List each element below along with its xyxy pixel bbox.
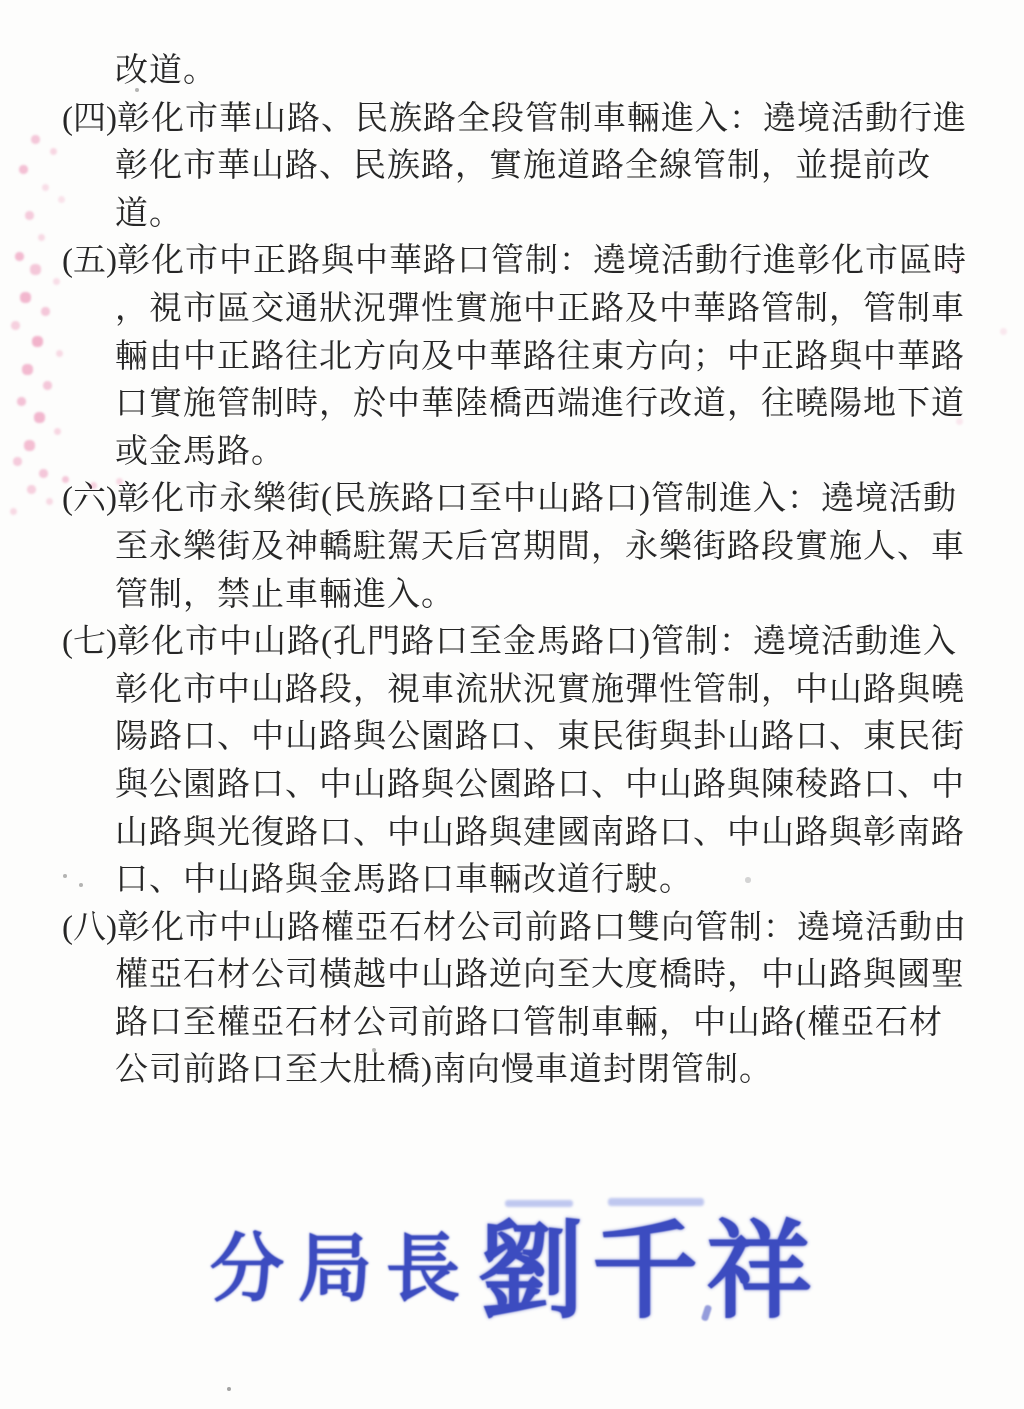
scanned-document-page: 改道。 (四)彰化市華山路、民族路全段管制車輛進入：遶境活動行進 彰化市華山路、… — [0, 0, 1024, 1409]
line-text: 與公園路口、中山路與公園路口、中山路與陳稜路口、中 — [115, 767, 965, 803]
line-text: 至永樂街及神轎駐駕天后宮期間，永樂街路段實施人、車 — [115, 529, 965, 565]
line-text: 彰化市永樂街(民族路口至中山路口)管制進入：遶境活動 — [117, 481, 957, 517]
text-line: 路口至權亞石材公司前路口管制車輛，中山路(權亞石材 — [0, 1000, 1006, 1048]
text-line: 公司前路口至大肚橋)南向慢車道封閉管制。 — [0, 1047, 1006, 1095]
line-text: 或金馬路。 — [115, 434, 285, 470]
list-item-5: (五)彰化市中正路與中華路口管制：遶境活動行進彰化市區時 — [0, 238, 1006, 286]
line-text: 輛由中正路往北方向及中華路往東方向；中正路與中華路 — [115, 339, 965, 375]
item-marker: (八) — [62, 910, 117, 946]
list-item-6: (六)彰化市永樂街(民族路口至中山路口)管制進入：遶境活動 — [0, 476, 1006, 524]
signature-name: 劉千祥 — [478, 1187, 820, 1339]
line-text: 口實施管制時，於中華陸橋西端進行改道，往曉陽地下道 — [115, 386, 965, 422]
document-body: 改道。 (四)彰化市華山路、民族路全段管制車輛進入：遶境活動行進 彰化市華山路、… — [0, 48, 1006, 1095]
signature-stamp: 分局長 劉千祥 — [210, 1192, 830, 1334]
item-marker: (五) — [62, 243, 117, 279]
signature-title: 分局長 — [210, 1210, 474, 1316]
item-marker: (七) — [62, 624, 117, 660]
list-item-4: (四)彰化市華山路、民族路全段管制車輛進入：遶境活動行進 — [0, 96, 1006, 144]
line-text: 彰化市華山路、民族路全段管制車輛進入：遶境活動行進 — [117, 101, 967, 137]
list-item-7: (七)彰化市中山路(孔門路口至金馬路口)管制：遶境活動進入 — [0, 619, 1006, 667]
line-text: 彰化市中正路與中華路口管制：遶境活動行進彰化市區時 — [117, 243, 967, 279]
line-text: 彰化市華山路、民族路，實施道路全線管制，並提前改 — [115, 148, 931, 184]
item-marker: (四) — [62, 101, 117, 137]
text-line: 至永樂街及神轎駐駕天后宮期間，永樂街路段實施人、車 — [0, 524, 1006, 572]
list-item-8: (八)彰化市中山路權亞石材公司前路口雙向管制：遶境活動由 — [0, 905, 1006, 953]
text-line: 道。 — [0, 191, 1006, 239]
line-text: 彰化市中山路權亞石材公司前路口雙向管制：遶境活動由 — [117, 910, 967, 946]
text-line: 陽路口、中山路與公園路口、東民街與卦山路口、東民街 — [0, 714, 1006, 762]
signature-ink-smudge — [608, 1198, 704, 1206]
text-line: 管制，禁止車輛進入。 — [0, 572, 1006, 620]
text-line: 輛由中正路往北方向及中華路往東方向；中正路與中華路 — [0, 334, 1006, 382]
signature-ink-smudge — [505, 1200, 573, 1207]
line-text: 公司前路口至大肚橋)南向慢車道封閉管制。 — [115, 1052, 773, 1088]
line-text: 彰化市中山路(孔門路口至金馬路口)管制：遶境活動進入 — [117, 624, 957, 660]
line-text: 路口至權亞石材公司前路口管制車輛，中山路(權亞石材 — [115, 1005, 943, 1041]
line-text: 口、中山路與金馬路口車輛改道行駛。 — [115, 862, 693, 898]
line-text: 管制，禁止車輛進入。 — [115, 577, 455, 613]
line-text: 改道。 — [115, 53, 217, 89]
text-line: 權亞石材公司橫越中山路逆向至大度橋時，中山路與國聖 — [0, 952, 1006, 1000]
line-text: 權亞石材公司橫越中山路逆向至大度橋時，中山路與國聖 — [115, 957, 965, 993]
text-line: ，視市區交通狀況彈性實施中正路及中華路管制，管制車 — [0, 286, 1006, 334]
line-text: ，視市區交通狀況彈性實施中正路及中華路管制，管制車 — [115, 291, 965, 327]
text-line: 口、中山路與金馬路口車輛改道行駛。 — [0, 857, 1006, 905]
line-text: 陽路口、中山路與公園路口、東民街與卦山路口、東民街 — [115, 719, 965, 755]
line-text: 山路與光復路口、中山路與建國南路口、中山路與彰南路 — [115, 815, 965, 851]
scan-noise-specks — [0, 0, 2, 2]
item-marker: (六) — [62, 481, 117, 517]
text-line: 彰化市華山路、民族路，實施道路全線管制，並提前改 — [0, 143, 1006, 191]
line-text: 彰化市中山路段，視車流狀況實施彈性管制，中山路與曉 — [115, 672, 965, 708]
text-line: 與公園路口、中山路與公園路口、中山路與陳稜路口、中 — [0, 762, 1006, 810]
text-line: 山路與光復路口、中山路與建國南路口、中山路與彰南路 — [0, 810, 1006, 858]
text-line: 改道。 — [0, 48, 1006, 96]
text-line: 口實施管制時，於中華陸橋西端進行改道，往曉陽地下道 — [0, 381, 1006, 429]
text-line: 或金馬路。 — [0, 429, 1006, 477]
text-line: 彰化市中山路段，視車流狀況實施彈性管制，中山路與曉 — [0, 667, 1006, 715]
line-text: 道。 — [115, 196, 183, 232]
